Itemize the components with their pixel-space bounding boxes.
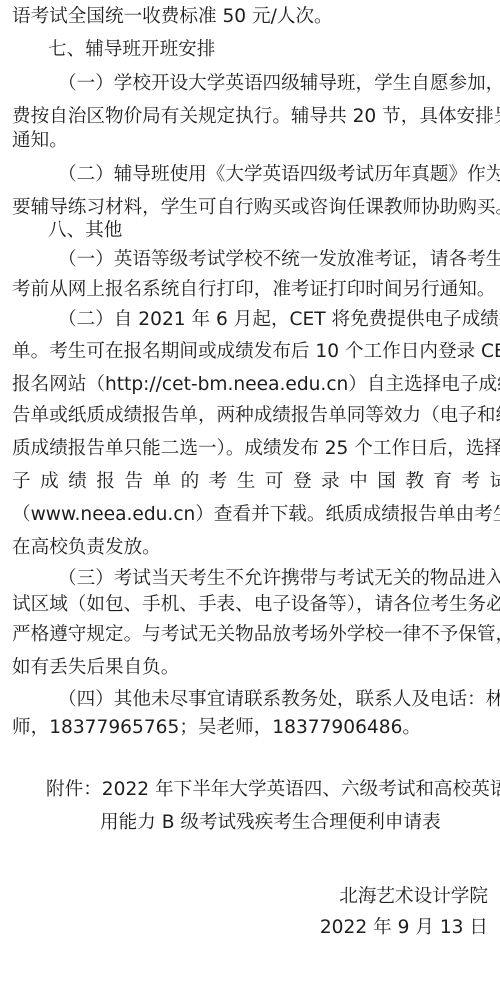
section-heading-8: 八、其他: [48, 219, 488, 243]
paragraph-start: （三）考试当天考生不允许携带与考试无关的物品进入考: [58, 567, 488, 591]
paragraph-start: （一）学校开设大学英语四级辅导班，学生自愿参加，收: [58, 72, 488, 96]
paragraph-start: （一）英语等级考试学校不统一发放准考证，请各考生于: [58, 248, 488, 272]
paragraph-start: （二）辅导班使用《大学英语四级考试历年真题》作为主: [58, 163, 488, 187]
text-line: 费按自治区物价局有关规定执行。辅导共 20 节，具体安排另行: [12, 105, 488, 129]
text-line: 质成绩报告单只能二选一）。成绩发布 25 个工作日后，选择电: [12, 437, 488, 461]
text-line: 师，18377965765；吴老师，18377906486。: [12, 716, 488, 740]
text-line: （www.neea.edu.cn）查看并下载。纸质成绩报告单由考生所: [12, 503, 488, 527]
signature-date: 2022 年 9 月 13 日: [12, 916, 488, 940]
attachment-line-1: 附件：2022 年下半年大学英语四、六级考试和高校英语应: [46, 778, 488, 802]
paragraph-start: （四）其他未尽事宜请联系教务处，联系人及电话：林老: [58, 688, 488, 712]
section-heading-7: 七、辅导班开班安排: [48, 38, 488, 62]
text-line: 语考试全国统一收费标准 50 元/人次。: [12, 5, 488, 29]
paragraph-start: （二）自 2021 年 6 月起，CET 将免费提供电子成绩报告: [58, 308, 488, 332]
text-line: 告单或纸质成绩报告单，两种成绩报告单同等效力（电子和纸: [12, 404, 488, 428]
text-line: 如有丢失后果自负。: [12, 656, 488, 680]
text-line: 在高校负责发放。: [12, 536, 488, 560]
text-line: 报名网站（http://cet-bm.neea.edu.cn）自主选择电子成绩报: [12, 373, 488, 397]
text-line: 试区域（如包、手机、手表、电子设备等），请各位考生务必: [12, 593, 488, 617]
organization-name: 北海艺术设计学院: [12, 885, 488, 909]
text-line: 子成绩报告单的考生可登录中国教育考试网: [12, 470, 488, 494]
text-line: 考前从网上报名系统自行打印，准考证打印时间另行通知。: [12, 278, 488, 302]
attachment-line-2: 用能力 B 级考试残疾考生合理便利申请表: [100, 811, 488, 835]
text-line: 严格遵守规定。与考试无关物品放考场外学校一律不予保管，: [12, 623, 488, 647]
text-line: 要辅导练习材料，学生可自行购买或咨询任课教师协助购买。: [12, 196, 488, 220]
text-line: 单。考生可在报名期间或成绩发布后 10 个工作日内登录 CET: [12, 340, 488, 364]
text-line: 通知。: [12, 129, 488, 153]
